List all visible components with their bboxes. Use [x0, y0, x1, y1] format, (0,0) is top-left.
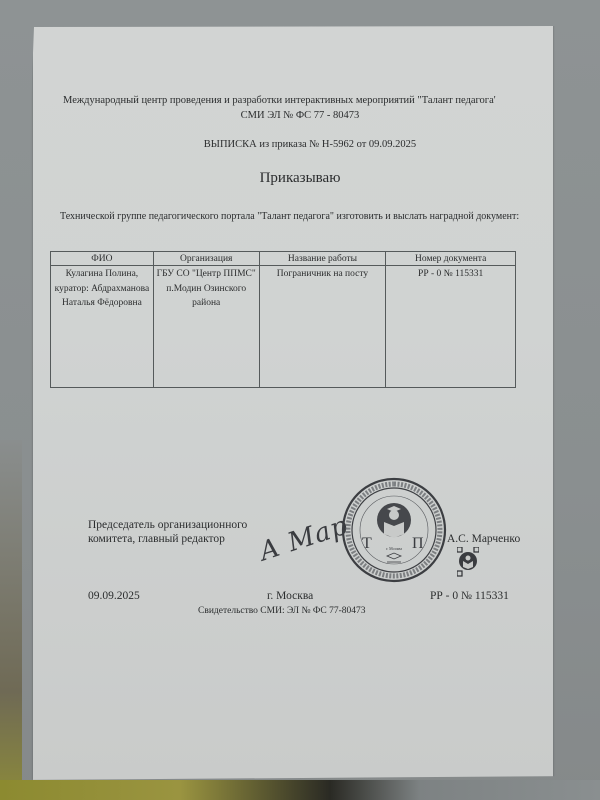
column-header-fio: ФИО [51, 252, 154, 266]
signer-title: Председатель организационного комитета, … [88, 518, 247, 546]
media-certificate: Свидетельство СМИ: ЭЛ № ФС 77-80473 [198, 606, 366, 616]
signer-name: А.С. Марченко [447, 533, 520, 545]
stamp-letter-p: П [412, 535, 424, 552]
paper-sheet [33, 24, 553, 780]
award-table: ФИО Организация Название работы Номер до… [50, 251, 516, 388]
stamp-letter-t: Т [362, 535, 372, 552]
signer-title-line1: Председатель организационного [88, 518, 247, 532]
signer-title-line2: комитета, главный редактор [88, 532, 247, 546]
column-header-work-title: Название работы [259, 252, 386, 266]
cell-fio: Кулагина Полина, куратор: Абдрахманова Н… [51, 266, 154, 388]
table-row: Кулагина Полина, куратор: Абдрахманова Н… [51, 266, 516, 388]
stamp-seal-icon: Т П г. Москва [340, 476, 448, 584]
cell-doc-number: РР - 0 № 115331 [386, 266, 516, 388]
cell-organization: ГБУ СО "Центр ППМС" п.Модин Озинского ра… [153, 266, 259, 388]
media-registration: СМИ ЭЛ № ФС 77 - 80473 [180, 110, 420, 121]
instruction-text: Технической группе педагогического порта… [60, 210, 540, 224]
order-heading: Приказываю [200, 170, 400, 187]
cell-work-title: Пограничник на посту [259, 266, 386, 388]
desk-edge [0, 780, 600, 800]
column-header-doc-number: Номер документа [386, 252, 516, 266]
svg-text:г. Москва: г. Москва [386, 546, 402, 551]
document-number: РР - 0 № 115331 [430, 590, 509, 602]
desk-surface [0, 440, 22, 800]
table-header-row: ФИО Организация Название работы Номер до… [51, 252, 516, 266]
qr-code-icon [457, 547, 479, 577]
document-city: г. Москва [267, 590, 313, 602]
org-header: Международный центр проведения и разрабо… [63, 95, 496, 106]
extract-title: ВЫПИСКА из приказа № Н-5962 от 09.09.202… [160, 139, 460, 150]
column-header-organization: Организация [153, 252, 259, 266]
document-date: 09.09.2025 [88, 590, 140, 602]
